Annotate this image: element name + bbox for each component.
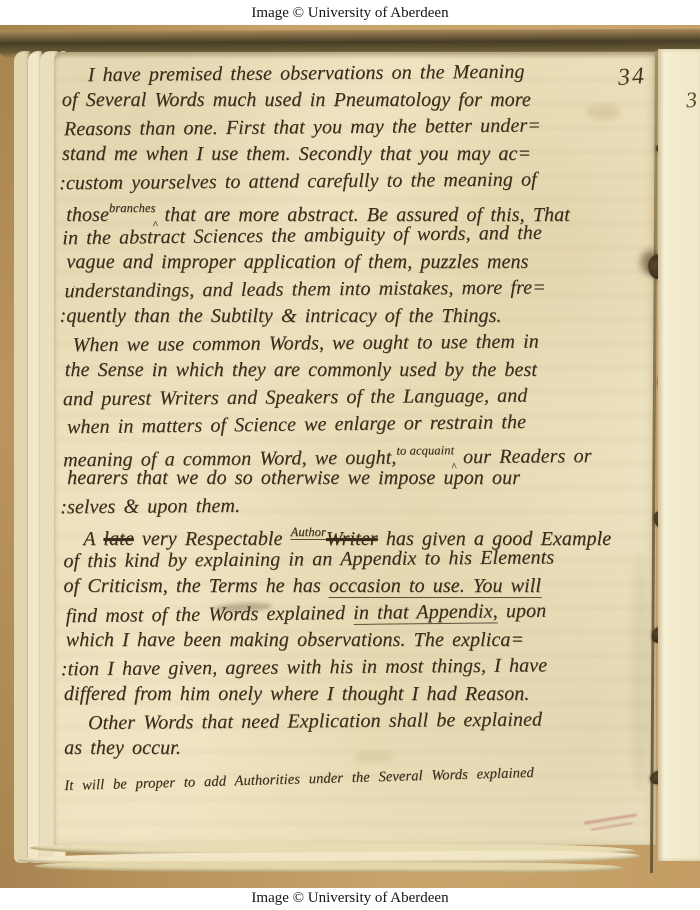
page-edge [34,861,624,873]
manuscript-segment: A [83,528,103,550]
manuscript-line: Other Words that need Explication shall … [88,706,639,737]
manuscript-line: vague and improper application of them, … [66,249,637,276]
facing-page-number: 3 [685,87,698,114]
manuscript-line: meaning of a common Word, we ought,to ac… [63,436,638,468]
manuscript-segment: in that Appendix, [353,600,498,625]
manuscript-line: of this kind by explaining in an Appendi… [63,544,638,576]
manuscript-line: thosebranches^ that are more abstract. B… [66,195,637,222]
manuscript-line: I have premised these observations on th… [88,58,637,89]
copyright-caption-top: Image © University of Aberdeen [0,3,700,23]
page-bottom-edges [16,843,656,875]
manuscript-segment: :tion I have given, agrees with his in m… [61,654,547,680]
manuscript-segment: in the abstract Sciences the ambiguity o… [62,222,542,249]
manuscript-segment: to acquaint [396,443,454,457]
manuscript-segment: branches [109,201,156,215]
manuscript-segment: of Criticism, the Terms he has [64,575,329,597]
copyright-caption-bottom: Image © University of Aberdeen [0,888,700,908]
manuscript-segment: vague and improper application of them, … [66,251,528,273]
manuscript-segment: find most of the Words explained [66,602,354,627]
manuscript-segment: stand me when I use them. Secondly that … [62,143,531,165]
manuscript-segment: and purest Writers and Speakers of the L… [63,385,528,411]
manuscript-line: :selves & upon them. [60,490,638,522]
faint-marginalia [583,807,645,836]
manuscript-segment: :selves & upon them. [60,495,240,518]
manuscript-photo: 34 I have premised these observations on… [0,25,700,888]
manuscript-page: 34 I have premised these observations on… [54,52,656,845]
manuscript-text: I have premised these observations on th… [62,59,640,793]
manuscript-line: When we use common Words, we ought to us… [73,328,638,359]
manuscript-segment: when in matters of Science we enlarge or… [67,411,526,438]
manuscript-line: of Several Words much used in Pneumatolo… [62,87,637,114]
manuscript-line: :quently than the Subtilty & intricacy o… [60,303,638,330]
manuscript-segment: It will be proper to add Authorities und… [64,765,534,794]
manuscript-line: the Sense in which they are commonly use… [65,357,638,384]
manuscript-segment: which I have been making observations. T… [66,629,524,651]
manuscript-line: Reasons than one. First that you may the… [64,112,637,143]
manuscript-line: of Criticism, the Terms he has occasion … [64,573,639,600]
manuscript-segment: occasion to use. You will [329,575,541,598]
manuscript-segment: late [103,528,133,550]
manuscript-segment: :custom yourselves to attend carefully t… [59,169,537,195]
manuscript-segment: differed from him onely where I thought … [64,683,530,705]
manuscript-line: It will be proper to add Authorities und… [64,757,640,800]
manuscript-segment: of this kind by explaining in an Appendi… [63,546,554,572]
manuscript-line: :custom yourselves to attend carefully t… [59,166,637,198]
faint-marginalia-stroke [591,822,633,831]
manuscript-segment: understandings, and leads them into mist… [64,276,545,302]
manuscript-segment: I have premised these observations on th… [88,61,525,86]
manuscript-segment: the Sense in which they are commonly use… [65,359,537,381]
manuscript-segment: hearers that we do so otherwise we impos… [67,467,520,489]
manuscript-line: in the abstract Sciences the ambiguity o… [62,219,637,253]
manuscript-segment: those [66,204,109,226]
manuscript-line: understandings, and leads them into mist… [64,274,637,305]
margin-mark: = [62,148,69,160]
manuscript-line: differed from him onely where I thought … [64,681,639,708]
manuscript-segment: When we use common Words, we ought to us… [73,331,539,357]
manuscript-segment: of Several Words much used in Pneumatolo… [62,89,531,111]
manuscript-segment: upon [498,600,547,623]
manuscript-segment: as they occur. [64,737,181,759]
manuscript-line: :tion I have given, agrees with his in m… [61,652,639,684]
manuscript-segment: Author [291,525,326,540]
manuscript-line: which I have been making observations. T… [66,627,639,654]
manuscript-segment: :quently than the Subtilty & intricacy o… [60,305,502,327]
facing-page-edge: 3 [658,49,700,861]
manuscript-line: hearers that we do so otherwise we impos… [67,465,638,492]
manuscript-segment: Reasons than one. First that you may the… [64,115,541,141]
manuscript-line: stand me when I use them. Secondly that … [62,141,637,168]
manuscript-line: A late very Respectable AuthorWriter has… [83,519,638,546]
manuscript-line: find most of the Words explained in that… [66,597,639,630]
margin-mark: : [72,282,76,294]
manuscript-segment: Other Words that need Explication shall … [88,709,542,735]
manuscript-line: as they occur. [64,735,639,762]
